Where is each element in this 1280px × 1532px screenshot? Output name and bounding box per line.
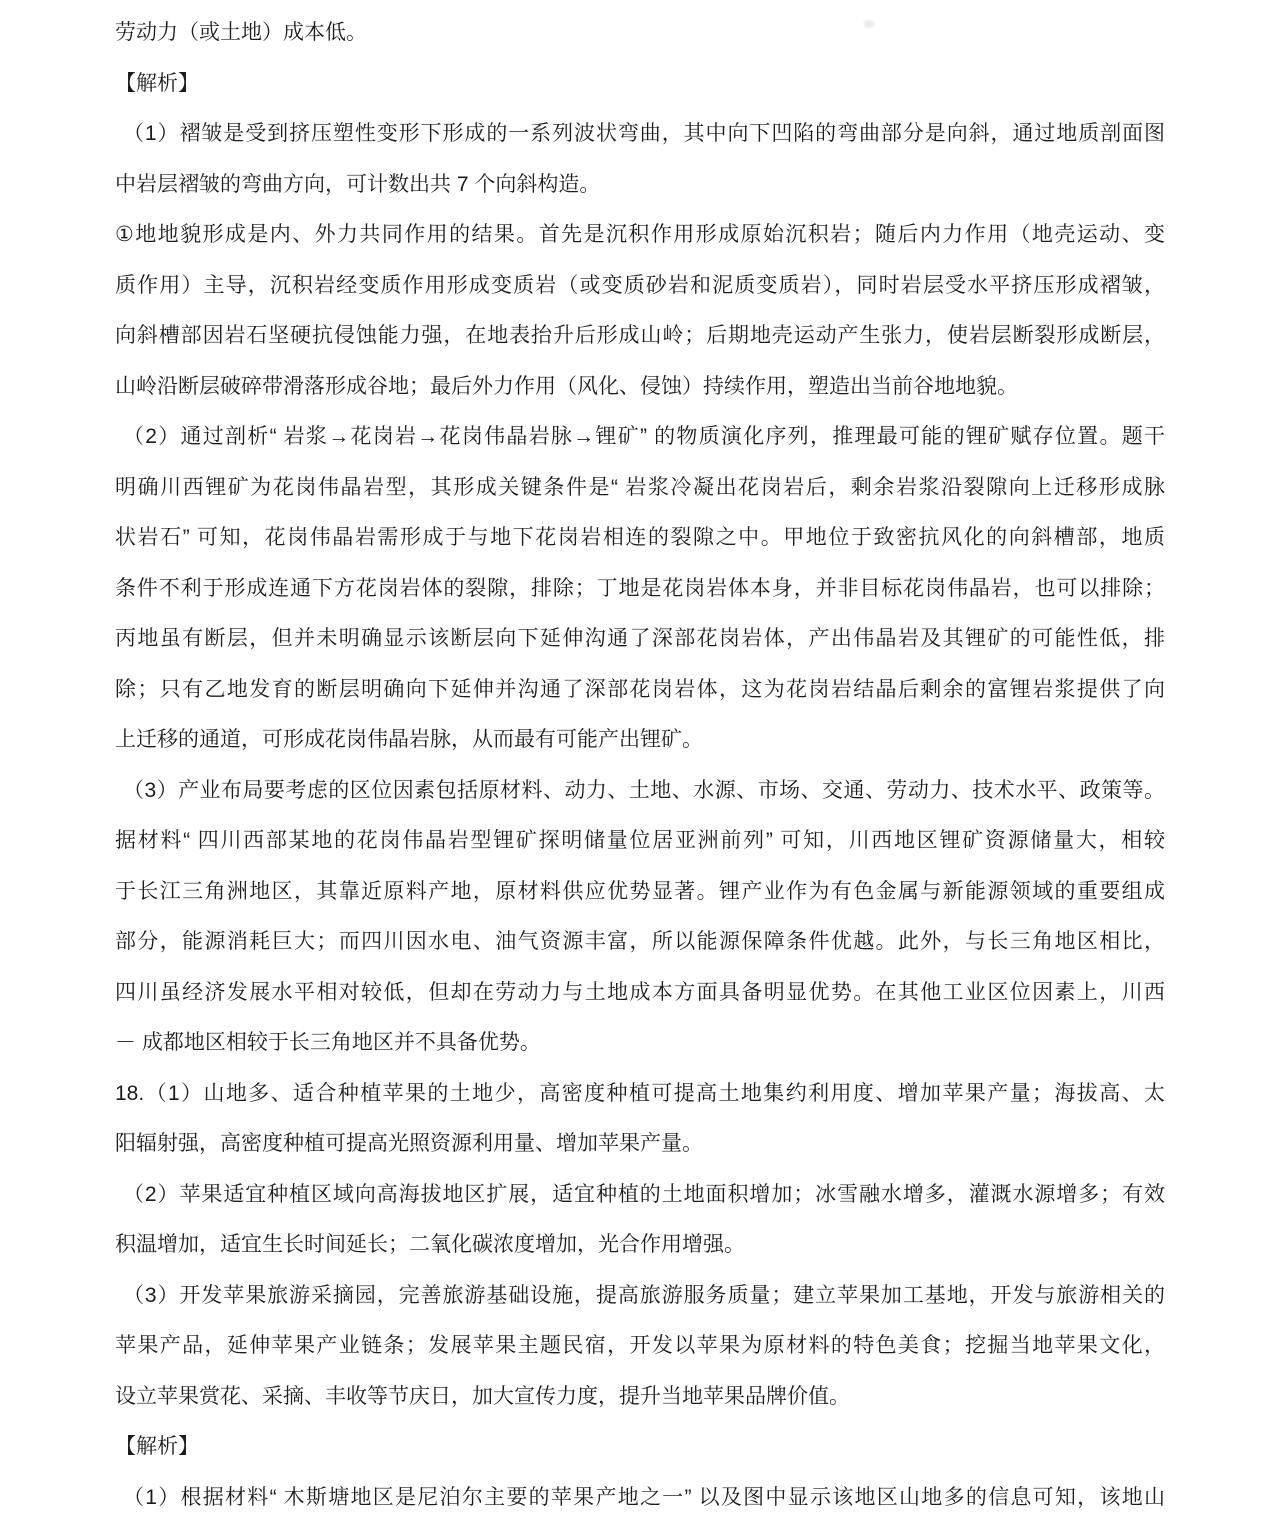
text-line: （3）产业布局要考虑的区位因素包括原材料、动力、土地、水源、市场、交通、劳动力、… — [115, 766, 1165, 817]
text-line: 18.（1）山地多、适合种植苹果的土地少，高密度种植可提高土地集约利用度、增加苹… — [115, 1069, 1165, 1120]
text-line: 四川虽经济发展水平相对较低，但却在劳动力与土地成本方面具备明显优势。在其他工业区… — [115, 968, 1165, 1019]
text-line: （1）褶皱是受到挤压塑性变形下形成的一系列波状弯曲，其中向下凹陷的弯曲部分是向斜… — [115, 109, 1165, 160]
text-line: 积温增加，适宜生长时间延长；二氧化碳浓度增加，光合作用增强。 — [115, 1220, 1165, 1271]
text-line: 中岩层褶皱的弯曲方向，可计数出共 7 个向斜构造。 — [115, 160, 1165, 211]
section-label-analysis: 【解析】 — [115, 1422, 1165, 1473]
text-line: 据材料“ 四川西部某地的花岗伟晶岩型锂矿探明储量位居亚洲前列” 可知，川西地区锂… — [115, 816, 1165, 867]
text-line: 阳辐射强，高密度种植可提高光照资源利用量、增加苹果产量。 — [115, 1119, 1165, 1170]
text-line: （2）苹果适宜种植区域向高海拔地区扩展，适宜种植的土地面积增加；冰雪融水增多，灌… — [115, 1170, 1165, 1221]
page: { "page": { "background": "#ffffff", "te… — [0, 0, 1280, 1532]
text-line: 于长江三角洲地区，其靠近原料产地，原材料供应优势显著。锂产业作为有色金属与新能源… — [115, 867, 1165, 918]
text-line: 状岩石” 可知，花岗伟晶岩需形成于与地下花岗岩相连的裂隙之中。甲地位于致密抗风化… — [115, 513, 1165, 564]
text-line: 部分，能源消耗巨大；而四川因水电、油气资源丰富，所以能源保障条件优越。此外，与长… — [115, 917, 1165, 968]
text-line: 条件不利于形成连通下方花岗岩体的裂隙，排除；丁地是花岗岩体本身，并非目标花岗伟晶… — [115, 564, 1165, 615]
text-line: 山岭沿断层破碎带滑落形成谷地；最后外力作用（风化、侵蚀）持续作用，塑造出当前谷地… — [115, 362, 1165, 413]
text-line: 明确川西锂矿为花岗伟晶岩型，其形成关键条件是“ 岩浆冷凝出花岗岩后，剩余岩浆沿裂… — [115, 463, 1165, 514]
text-line: 向斜槽部因岩石坚硬抗侵蚀能力强，在地表抬升后形成山岭；后期地壳运动产生张力，使岩… — [115, 311, 1165, 362]
text-line: － 成都地区相较于长三角地区并不具备优势。 — [115, 1018, 1165, 1069]
text-line: 除；只有乙地发育的断层明确向下延伸并沟通了深部花岗岩体，这为花岗岩结晶后剩余的富… — [115, 665, 1165, 716]
text-line: 质作用）主导，沉积岩经变质作用形成变质岩（或变质砂岩和泥质变质岩），同时岩层受水… — [115, 261, 1165, 312]
text-line: （3）开发苹果旅游采摘园，完善旅游基础设施，提高旅游服务质量；建立苹果加工基地，… — [115, 1271, 1165, 1322]
text-line: 劳动力（或土地）成本低。 — [115, 8, 1165, 59]
text-line: （2）通过剖析“ 岩浆→花岗岩→花岗伟晶岩脉→锂矿” 的物质演化序列，推理最可能… — [115, 412, 1165, 463]
text-line: 上迁移的通道，可形成花岗伟晶岩脉，从而最有可能产出锂矿。 — [115, 715, 1165, 766]
text-line: 设立苹果赏花、采摘、丰收等节庆日，加大宣传力度，提升当地苹果品牌价值。 — [115, 1372, 1165, 1423]
answer-explanation-document: 劳动力（或土地）成本低。 【解析】 （1）褶皱是受到挤压塑性变形下形成的一系列波… — [115, 8, 1165, 1523]
text-line: 丙地虽有断层，但并未明确显示该断层向下延伸沟通了深部花岗岩体，产出伟晶岩及其锂矿… — [115, 614, 1165, 665]
section-label-analysis: 【解析】 — [115, 59, 1165, 110]
text-line: （1）根据材料“ 木斯塘地区是尼泊尔主要的苹果产地之一” 以及图中显示该地区山地… — [115, 1473, 1165, 1524]
text-line: ①地地貌形成是内、外力共同作用的结果。首先是沉积作用形成原始沉积岩；随后内力作用… — [115, 210, 1165, 261]
text-line: 苹果产品，延伸苹果产业链条；发展苹果主题民宿，开发以苹果为原材料的特色美食；挖掘… — [115, 1321, 1165, 1372]
